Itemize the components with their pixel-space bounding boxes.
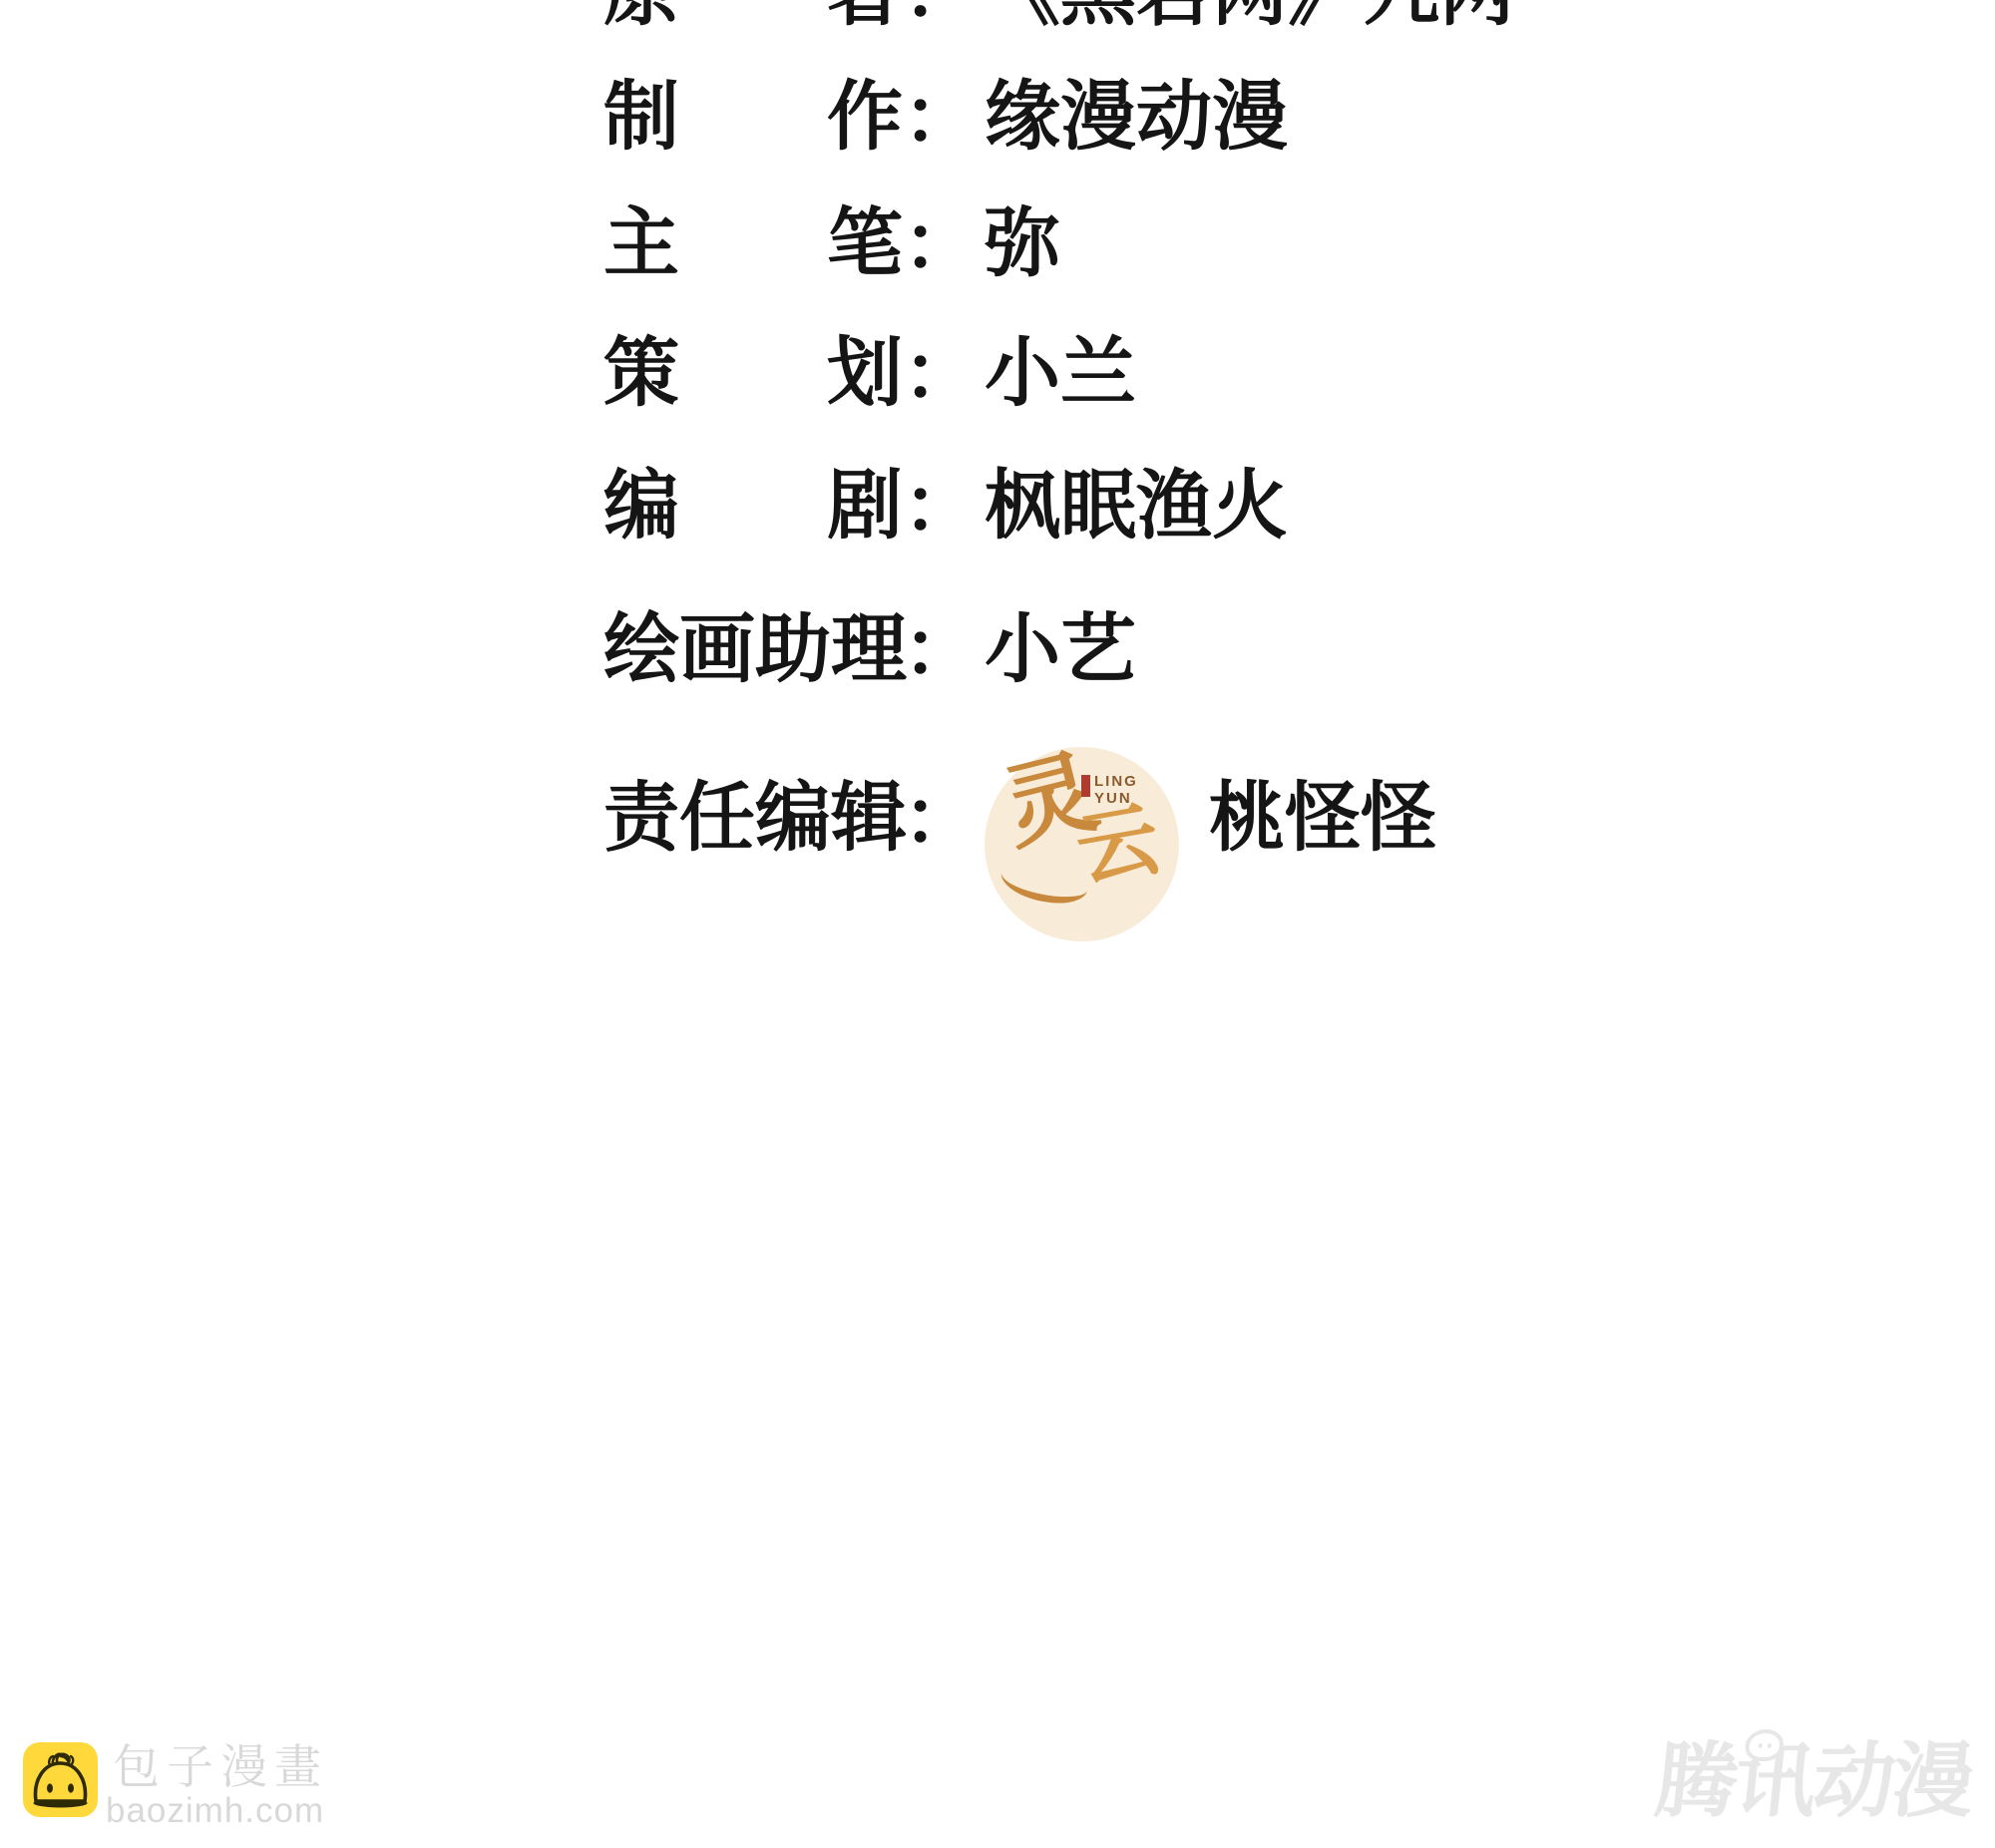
credit-role-label: 编剧 [603,469,903,545]
credit-row-6: 绘画助理：小艺 [603,612,1136,688]
lingyun-char-yun: 云 [1070,798,1165,893]
baozimh-watermark: 包子漫畫 baozimh.com [23,1742,328,1829]
credit-role-char: 著 [827,0,903,31]
credit-role-char: 编 [603,469,679,545]
credit-row-3: 主笔：弥 [603,206,1060,282]
credit-role-char: 主 [603,206,679,282]
credits-block: 原著：《黑岩网》九两制作：缘漫动漫主笔：弥策划：小兰编剧：枫眠渔火绘画助理：小艺… [0,0,1995,1848]
credit-value: 桃怪怪 [1209,781,1436,857]
credit-role-label: 制作 [603,80,903,156]
credit-role-char: 原 [603,0,679,31]
credit-colon: ： [903,469,955,545]
credit-role-label: 原著 [603,0,903,31]
baozimh-site-name: 包子漫畫 [113,1740,328,1793]
credit-role-char: 理 [831,612,907,688]
credit-value: 缘漫动漫 [985,80,1288,156]
credit-value: 弥 [985,206,1060,282]
mascot-eye-left [1758,1743,1763,1748]
credit-colon: ： [903,612,955,688]
credit-value: 枫眠渔火 [985,469,1288,545]
credit-row-4: 策划：小兰 [603,336,1136,412]
red-seal-icon [1081,775,1090,797]
credit-role-char: 作 [827,80,903,156]
credit-row-1: 原著：《黑岩网》九两 [603,0,1515,31]
credit-row-2: 制作：缘漫动漫 [603,80,1288,156]
credit-role-label: 策划 [603,336,903,412]
credit-colon: ： [903,206,955,282]
credit-role-char: 策 [603,336,679,412]
credit-role-char: 责 [603,781,679,857]
credit-value: 小兰 [985,336,1136,412]
lingyun-studio-logo: 灵 云 LING YUN [985,747,1179,941]
baozimh-domain: baozimh.com [106,1791,324,1830]
baozimh-watermark-text: 包子漫畫 baozimh.com [113,1742,328,1829]
credit-role-char: 辑 [831,781,907,857]
credit-role-char: 绘 [603,612,679,688]
credit-row-7: 责任编辑： 灵 云 LING YUN 桃怪怪 [603,781,1436,857]
lingyun-en-line1: LING [1094,773,1138,790]
credit-value: 小艺 [985,612,1136,688]
credit-colon: ： [903,781,955,857]
credit-role-char: 笔 [827,206,903,282]
credit-role-char: 助 [755,612,831,688]
credit-role-label: 责任编辑 [603,781,903,857]
lingyun-en-line2: YUN [1094,790,1132,807]
credit-value: 《黑岩网》九两 [985,0,1515,31]
comic-credits-page: 原著：《黑岩网》九两制作：缘漫动漫主笔：弥策划：小兰编剧：枫眠渔火绘画助理：小艺… [0,0,1995,1848]
credit-role-char: 画 [679,612,755,688]
credit-colon: ： [903,336,955,412]
credit-role-char: 任 [679,781,755,857]
lingyun-en-label: LING YUN [1094,773,1138,807]
calligraphy-swoosh-stroke [997,854,1090,908]
mascot-eye-right [1767,1743,1772,1748]
tencent-comics-logotype: 腾讯动漫 [1651,1736,1976,1827]
credit-role-char: 制 [603,80,679,156]
credit-role-char: 编 [755,781,831,857]
credit-role-char: 剧 [827,469,903,545]
tencent-comics-watermark: 腾讯动漫 [1651,1739,1975,1825]
credit-colon: ： [903,80,955,156]
credit-role-label: 绘画助理 [603,612,903,688]
credit-row-5: 编剧：枫眠渔火 [603,469,1288,545]
credit-role-label: 主笔 [603,206,903,282]
baozi-bun-icon [23,1742,98,1817]
credit-colon: ： [903,0,955,31]
credit-role-char: 划 [827,336,903,412]
